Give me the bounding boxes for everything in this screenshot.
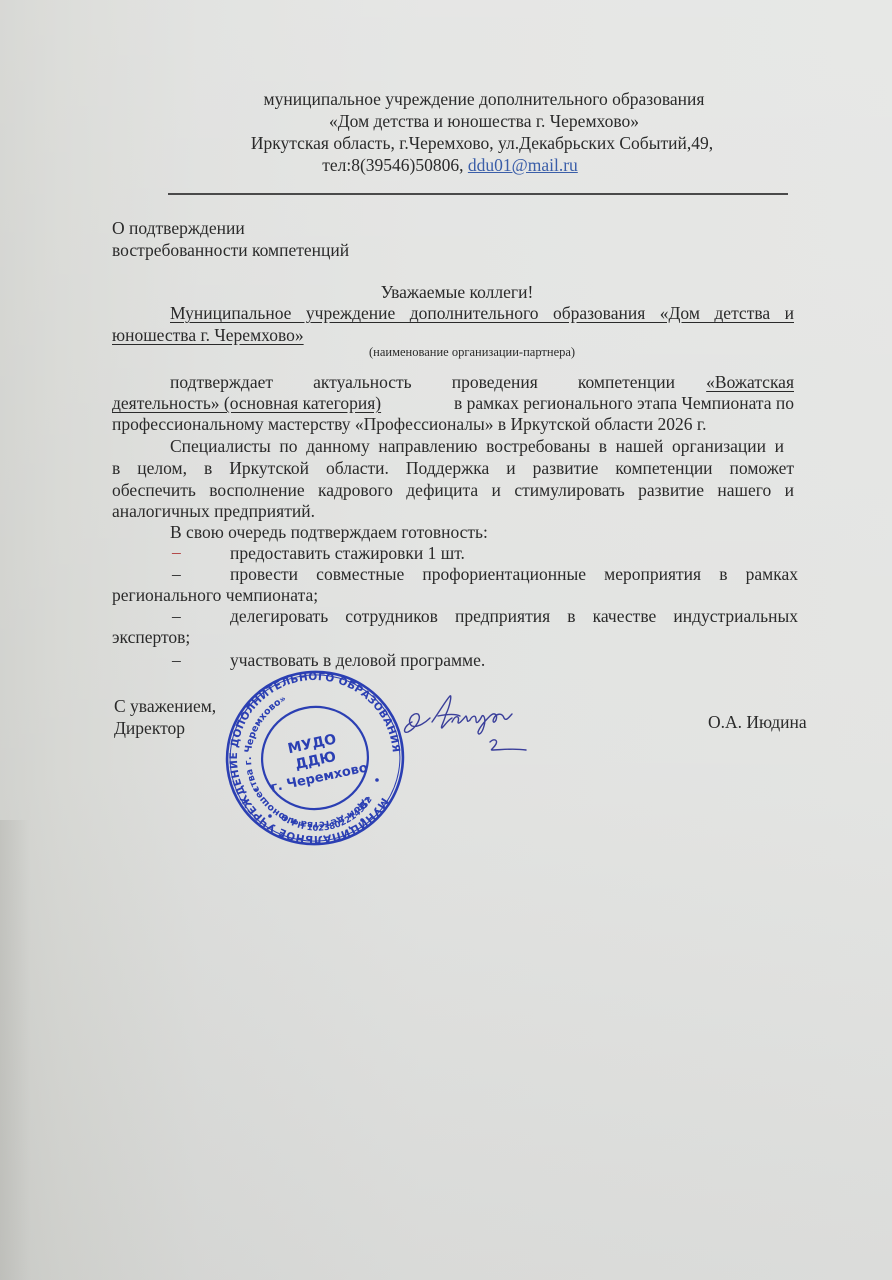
- list-dash: –: [172, 650, 181, 671]
- closing-regards: С уважением,: [114, 696, 216, 718]
- stamp-icon: МУНИЦИПАЛЬНОЕ УЧРЕЖДЕНИЕ ДОПОЛНИТЕЛЬНОГО…: [222, 668, 408, 848]
- paragraph-2-line-1: Специалисты по данному направлению востр…: [170, 436, 784, 457]
- director-signature: [398, 692, 538, 758]
- letterhead-org-name: «Дом детства и юношества г. Черемхово»: [38, 110, 892, 132]
- letterhead-phone: тел:8(39546)50806,: [322, 155, 468, 175]
- competence-name-part-1: «Вожатская: [706, 372, 794, 394]
- paragraph-2-line-3: обеспечить восполнение кадрового дефицит…: [112, 480, 794, 501]
- paragraph-2-line-2: в целом, в Иркутской области. Поддержка …: [112, 458, 794, 479]
- list-dash: –: [172, 542, 181, 563]
- word: проведения: [452, 372, 538, 394]
- official-stamp: МУНИЦИПАЛЬНОЕ УЧРЕЖДЕНИЕ ДОПОЛНИТЕЛЬНОГО…: [222, 668, 408, 848]
- email-link[interactable]: ddu01@mail.ru: [468, 155, 578, 175]
- paper-shadow: [0, 820, 30, 1280]
- signer-position: Директор: [114, 718, 185, 740]
- signer-name: О.А. Июдина: [708, 712, 807, 734]
- subject-line-2: востребованности компетенций: [112, 239, 349, 261]
- list-dash: –: [172, 606, 181, 627]
- signature-icon: [398, 692, 538, 758]
- letterhead-address: Иркутская область, г.Черемхово, ул.Декаб…: [36, 132, 892, 154]
- paragraph-1-line-1: подтверждает актуальность проведения ком…: [170, 372, 794, 394]
- list-item-3-line-2: экспертов;: [112, 627, 190, 649]
- paragraph-2-line-4: аналогичных предприятий.: [112, 501, 315, 523]
- word: актуальность: [313, 372, 412, 394]
- list-item-2-line-1: провести совместные профориентационные м…: [230, 564, 798, 585]
- paragraph-1-line-2: деятельность» (основная категория) в рам…: [112, 393, 794, 415]
- competence-name-part-2: деятельность» (основная категория): [112, 393, 381, 415]
- header-divider: [168, 193, 788, 195]
- list-item-3-line-1: делегировать сотрудников предприятия в к…: [230, 606, 798, 627]
- list-item-1: предоставить стажировки 1 шт.: [230, 543, 465, 565]
- partner-org-caption: (наименование организации-партнера): [369, 345, 575, 360]
- partner-org-name-line-1: Муниципальное учреждение дополнительного…: [170, 303, 794, 324]
- word: подтверждает: [170, 372, 273, 394]
- subject-line-1: О подтверждении: [112, 217, 245, 239]
- p1-line2-rest: в рамках регионального этапа Чемпионата …: [450, 393, 794, 415]
- letterhead-org-type: муниципальное учреждение дополнительного…: [38, 88, 892, 110]
- readiness-intro: В свою очередь подтверждаем готовность:: [170, 522, 488, 544]
- p1-line1-words: подтверждает актуальность проведения ком…: [170, 372, 675, 394]
- letterhead-contacts: тел:8(39546)50806, ddu01@mail.ru: [4, 154, 892, 176]
- partner-org-name-line-2: юношества г. Черемхово»: [112, 325, 304, 347]
- list-dash: –: [172, 564, 181, 585]
- word: компетенции: [578, 372, 675, 394]
- paragraph-1-line-3: профессиональному мастерству «Профессион…: [112, 414, 706, 436]
- list-item-2-line-2: регионального чемпионата;: [112, 585, 318, 607]
- salutation: Уважаемые коллеги!: [0, 282, 892, 304]
